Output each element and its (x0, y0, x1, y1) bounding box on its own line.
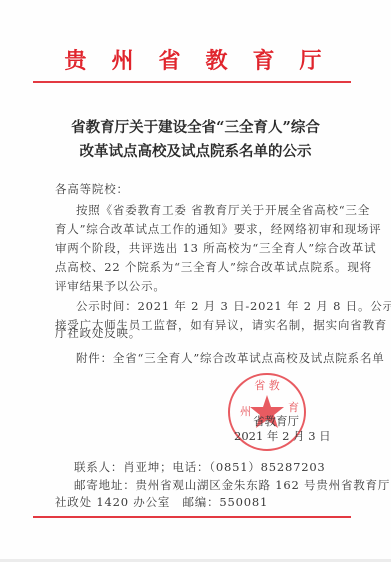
letterhead-rule (33, 81, 351, 83)
mailing-address-line-1: 邮寄地址：贵州省观山湖区金朱东路 162 号贵州省教育厅 (74, 478, 390, 492)
paragraph-2-line: 公示时间：2021 年 2 月 3 日-2021 年 2 月 8 日。公示期间 (76, 299, 391, 313)
paragraph-1-line: 点高校、22 个院系为“三全育人”综合改革试点院系。现将 (55, 260, 372, 274)
document-title-line-1: 省教育厅关于建设全省“三全育人”综合 (0, 118, 391, 138)
issue-date: 2021 年 2 月 3 日 (234, 429, 331, 443)
paragraph-1-line: 评审结果予以公示。 (55, 279, 166, 293)
salutation: 各高等院校： (55, 182, 129, 196)
mailing-address-line-2: 社政处 1420 办公室 邮编：550081 (55, 495, 268, 509)
org-letterhead: 贵州省教育厅 (0, 48, 391, 74)
contact-person: 联系人：肖亚坤；电话：（0851）85287203 (74, 460, 326, 474)
issuer-name: 省教育厅 (253, 414, 299, 428)
paragraph-1-line: 按照《省委教育工委 省教育厅关于开展全省高校“三全 (76, 203, 370, 217)
paragraph-2-line: 厅社政处反映。 (55, 326, 141, 340)
footer-rule (33, 516, 351, 518)
document-page: 贵州省教育厅 省教育厅关于建设全省“三全育人”综合 改革试点高校及试点院系名单的… (0, 0, 391, 560)
svg-text:育: 育 (288, 400, 299, 414)
svg-text:州: 州 (240, 405, 251, 418)
document-title-line-2: 改革试点高校及试点院系名单的公示 (0, 142, 391, 162)
paragraph-1-line: 审两个阶段，共评选出 13 所高校为“三全育人”综合改革试 (55, 241, 376, 255)
svg-text:省 教: 省 教 (254, 378, 280, 392)
attachment-note: 附件：全省“三全育人”综合改革试点高校及试点院系名单 (76, 351, 385, 365)
paragraph-1-line: 育人”综合改革试点工作的通知》要求，经网络初审和现场评 (55, 222, 381, 236)
